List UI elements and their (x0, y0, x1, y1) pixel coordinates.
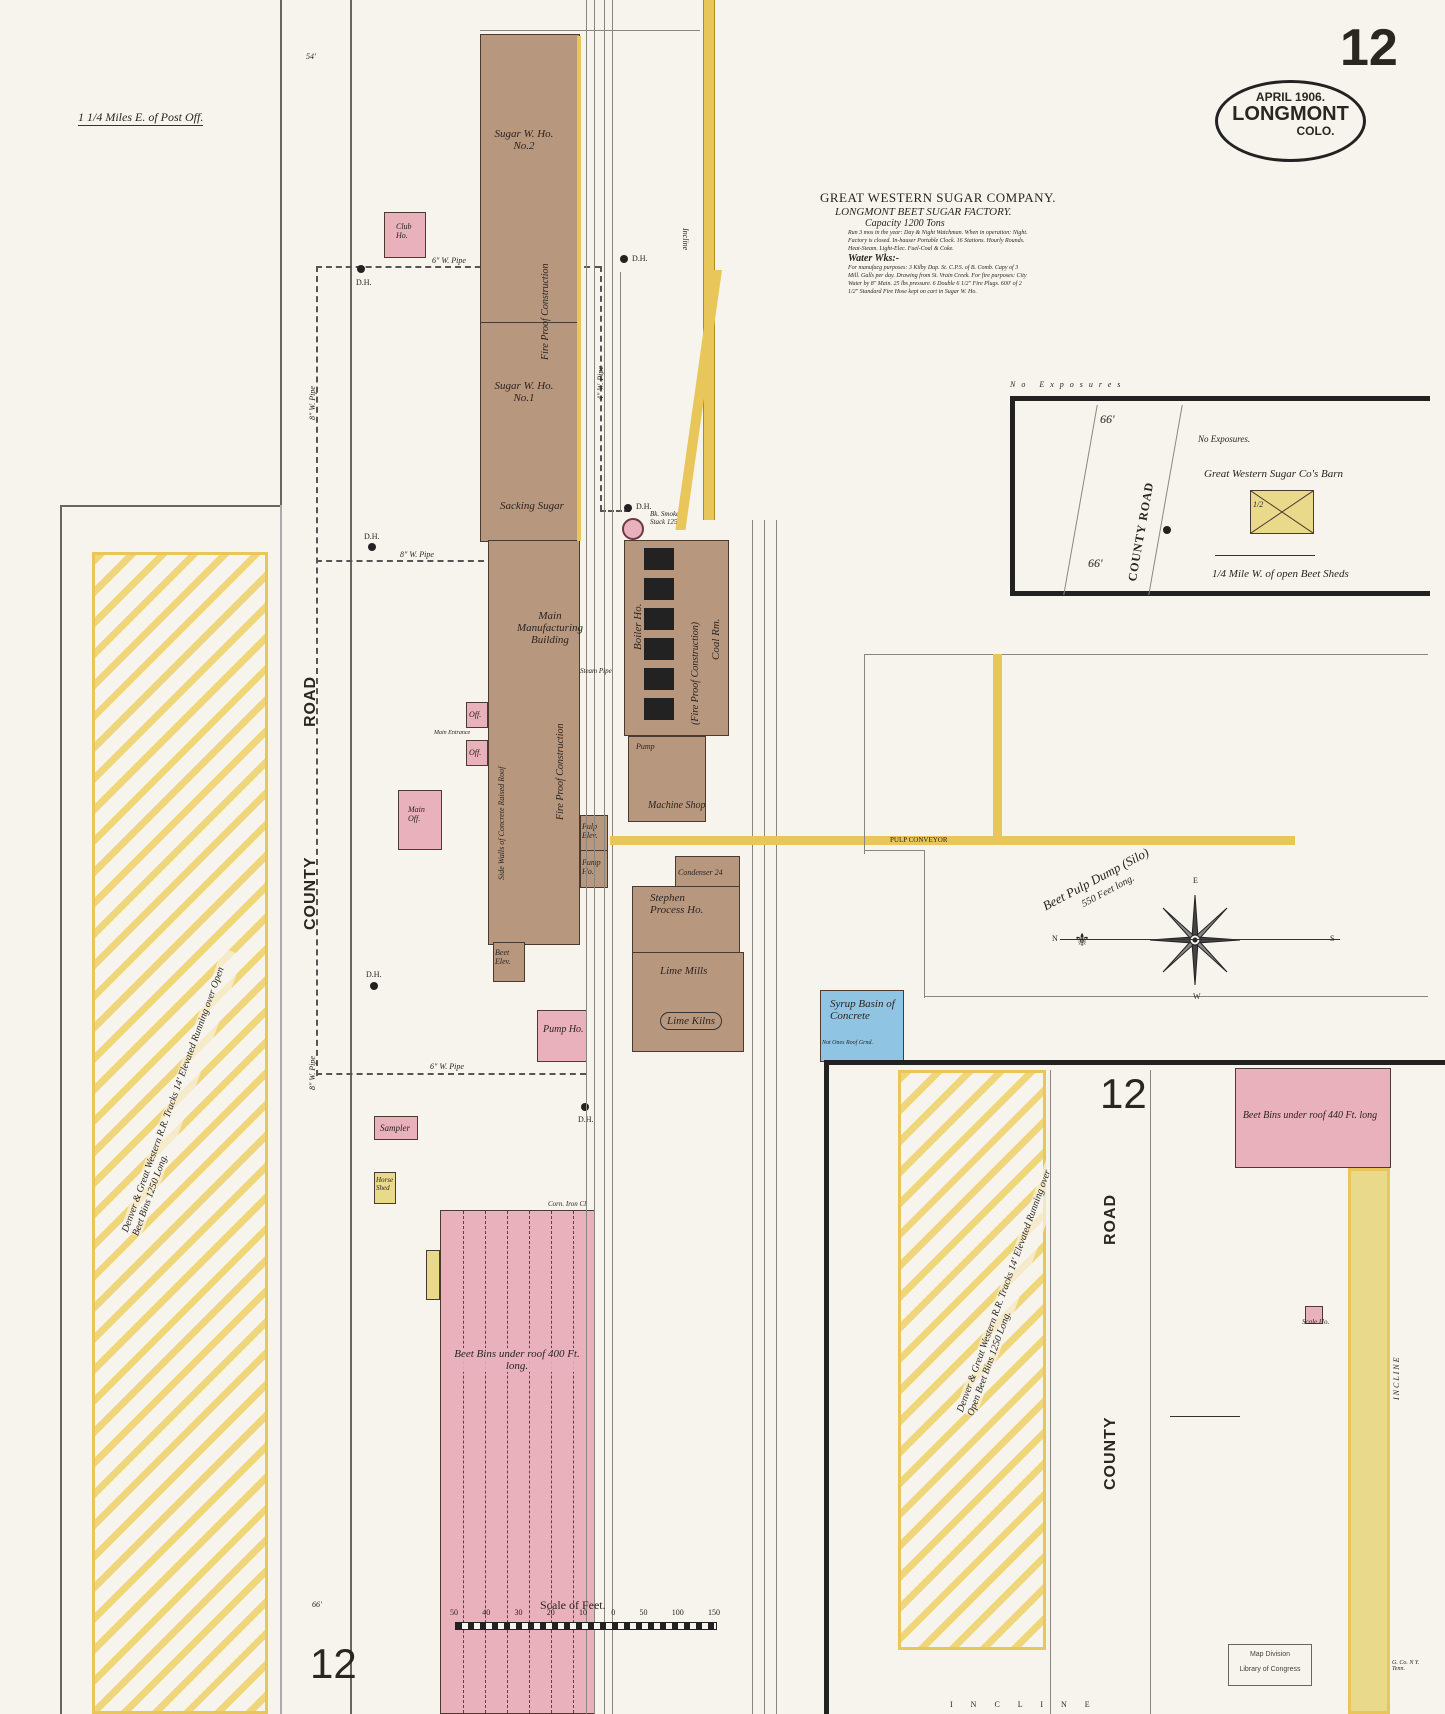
label-off-2: Off. (469, 748, 481, 757)
east-lot-bottom (924, 996, 1428, 997)
sanborn-map-sheet: 12 APRIL 1906. LONGMONT COLO. 1 1/4 Mile… (0, 0, 1445, 1714)
pipe-label-6-bottom: 6" W. Pipe (430, 1062, 464, 1071)
location-note: 1 1/4 Miles E. of Post Off. (78, 110, 203, 126)
label-corn-iron: Corn. Iron Cl. (548, 1200, 588, 1208)
water-pipe-bottom (316, 1073, 586, 1075)
top-lot-line (480, 30, 700, 31)
label-barn-no: 1/2 (1253, 500, 1263, 509)
label-beet-bins-right: Beet Bins under roof 440 Ft. long (1240, 1110, 1380, 1121)
label-lime-kilns: Lime Kilns (660, 1012, 722, 1030)
pulp-conveyor (610, 836, 1295, 845)
east-lot-step-2 (924, 850, 925, 998)
label-incline-bottom: I N C L I N E (950, 1700, 1098, 1709)
scale-bar (455, 1622, 717, 1630)
east-lot-step-1 (864, 850, 924, 851)
rail-east-3 (776, 520, 777, 1714)
scale-tick: 30 (515, 1608, 523, 1617)
legend-notes: Run 3 mos in the year: Day & Night Watch… (848, 229, 1028, 253)
label-barn: Great Western Sugar Co's Barn (1204, 468, 1343, 480)
rail-east-1 (752, 520, 753, 1714)
road-edge-lower (280, 505, 282, 1714)
pipe-label-8-mid: 8" W. Pipe (400, 550, 434, 559)
rail-east-2 (764, 520, 765, 1714)
railroad-tracks-left (92, 552, 268, 1714)
scale-tick: 50 (450, 1608, 458, 1617)
label-beet-bins-main: Beet Bins under roof 400 Ft. long. (452, 1348, 582, 1372)
stamp-line-2: Library of Congress (1229, 1666, 1311, 1673)
label-pump-ho: Pump Ho. (543, 1024, 584, 1035)
label-no-exposures-barn: No Exposures. (1198, 434, 1250, 444)
label-fire-proof-wh: Fire Proof Construction (540, 264, 551, 360)
fleur-de-lis-icon: ⚜ (1074, 930, 1090, 951)
title-city: LONGMONT (1218, 104, 1363, 124)
road-width-top: 54' (306, 52, 316, 61)
compass-rose (1150, 895, 1240, 985)
sheet-marker-middle: 12 (1100, 1070, 1147, 1118)
label-boiler-fp: (Fire Proof Construction) (690, 622, 701, 725)
sheet-marker-bottom-left: 12 (310, 1640, 357, 1688)
label-barn-road-width-2: 66' (1088, 556, 1103, 571)
compass-s: S (1330, 934, 1334, 943)
block-top-left (60, 505, 282, 507)
stamp-line-1: Map Division (1229, 1651, 1311, 1658)
label-no-exposures-top: No Exposures (1010, 380, 1126, 389)
water-pipe-mid (316, 560, 484, 562)
rail-central-3 (604, 0, 605, 1714)
east-lot-yellow-divider (993, 654, 1002, 839)
beet-bins-annex (426, 1250, 440, 1300)
hydrant-3 (370, 982, 378, 990)
scale-tick: 50 (640, 1608, 648, 1617)
hydrant-label-1: D.H. (356, 278, 372, 287)
library-stamp: Map Division Library of Congress (1228, 1644, 1312, 1686)
label-condenser: Condenser 24 (678, 868, 723, 877)
label-main-entrance: Main Entrance (434, 730, 470, 736)
scale-ticks: 50 40 30 20 10 0 50 100 150 (450, 1608, 720, 1617)
road-width-bottom: 66' (312, 1600, 322, 1609)
east-lot-top (864, 654, 1428, 655)
pipe-label-6-top: 6" W. Pipe (432, 256, 466, 265)
label-sugar-wh-2: Sugar W. Ho. No.2 (494, 128, 554, 152)
label-incline: Incline (681, 228, 690, 250)
hydrant-label-3: D.H. (366, 970, 382, 979)
title-oval: APRIL 1906. LONGMONT COLO. (1215, 80, 1366, 162)
pipe-label-8-lower: 8" W. Pipe (308, 1056, 317, 1090)
main-manufacturing-building (488, 540, 580, 945)
label-pulp-conveyor: PULP CONVEYOR (890, 836, 948, 844)
label-sugar-wh-1: Sugar W. Ho. No.1 (494, 380, 554, 404)
water-label: Water Wks:- (848, 253, 1080, 264)
label-club-ho: Club Ho. (396, 222, 418, 240)
hydrant-4 (581, 1103, 589, 1111)
label-boiler-ho: Boiler Ho. (632, 604, 644, 650)
pump-house (537, 1010, 587, 1062)
title-date: APRIL 1906. (1218, 90, 1363, 104)
label-open-beet-sheds: 1/4 Mile W. of open Beet Sheds (1212, 568, 1349, 580)
label-stephen: Stephen Process Ho. (650, 892, 710, 916)
label-sampler: Sampler (380, 1123, 410, 1133)
company-name: GREAT WESTERN SUGAR COMPANY. (820, 190, 1080, 206)
east-lot-left (864, 654, 865, 854)
right-road-edge-1 (1050, 1070, 1051, 1714)
title-state: COLO. (1268, 124, 1363, 138)
capacity: Capacity 1200 Tons (865, 218, 1080, 229)
hydrant-label-5: D.H. (632, 254, 648, 263)
incline-track-1 (703, 0, 715, 520)
barn-inset (1010, 396, 1430, 596)
label-main-side: Side Walls of Concrete Raised Roof (497, 767, 506, 880)
right-arrow (1170, 1416, 1240, 1417)
compass-w: W (1193, 992, 1201, 1001)
label-main-fire-proof: Fire Proof Construction (555, 724, 566, 820)
compass-n: N (1052, 934, 1058, 943)
rail-central-1 (586, 0, 587, 1714)
scale-tick: 150 (708, 1608, 720, 1617)
county-label-right: COUNTY (1102, 1416, 1120, 1490)
sheet-number: 12 (1340, 18, 1398, 78)
label-horse-shed: Horse Shed (376, 1176, 396, 1192)
scale-tick: 40 (482, 1608, 490, 1617)
pipe-label-8-left: 8" W. Pipe (308, 386, 317, 420)
label-main-mfg: Main Manufacturing Building (515, 610, 585, 646)
label-sacking-sugar: Sacking Sugar (500, 500, 564, 512)
road-edge-right (350, 0, 352, 1714)
rail-central-2 (594, 0, 595, 1714)
incline-track-2 (675, 270, 722, 530)
road-edge-left (280, 0, 282, 505)
scale-tick: 100 (672, 1608, 684, 1617)
label-lime-mills: Lime Mills (660, 965, 707, 977)
label-coal-rm: Coal Rm. (710, 618, 722, 660)
scale-tick: 10 (579, 1608, 587, 1617)
beet-bins-main (440, 1210, 595, 1714)
scale-tick: 0 (611, 1608, 615, 1617)
right-road-edge-2 (1150, 1070, 1151, 1714)
label-beet-elev: Beet Elev. (495, 948, 525, 966)
corner-note: G. Co. N Y. Tenn. (1392, 1660, 1422, 1672)
sugar-warehouse-2 (480, 34, 580, 324)
block-edge-left (60, 505, 62, 1714)
compass-e: E (1193, 876, 1198, 885)
left-vertical-upper (620, 272, 621, 512)
label-machine-shop: Machine Shop (648, 800, 706, 811)
boiler-grates (644, 548, 674, 728)
hydrant-1 (357, 265, 365, 273)
label-incline-right: I N C L I N E (1392, 1357, 1401, 1400)
legend-block: GREAT WESTERN SUGAR COMPANY. LONGMONT BE… (820, 190, 1080, 296)
scale-tick: 20 (547, 1608, 555, 1617)
label-off-1: Off. (469, 710, 481, 719)
barn-hydrant (1163, 526, 1171, 534)
compass-arrow-line (1060, 939, 1340, 940)
label-steam-pipe: Steam Pipe (580, 667, 612, 675)
hydrant-6 (624, 504, 632, 512)
warehouse-yellow-strip (577, 36, 581, 541)
label-scale-ho: Scale Ho. (1302, 1318, 1329, 1326)
rail-central-4 (612, 0, 613, 1714)
factory-name: LONGMONT BEET SUGAR FACTORY. (835, 206, 1080, 218)
label-syrup-basin: Syrup Basin of Concrete (830, 998, 900, 1022)
label-syrup-sub: Not Ones Roof Grnd. (822, 1040, 873, 1046)
label-main-off: Main Off. (408, 805, 434, 823)
hydrant-5 (620, 255, 628, 263)
barn-arrow (1215, 555, 1315, 556)
hydrant-2 (368, 543, 376, 551)
barn-building (1250, 490, 1314, 534)
label-barn-road-width-1: 66' (1100, 412, 1115, 427)
hydrant-label-2: D.H. (364, 532, 380, 541)
water-notes: For manufacg purposes: 3 Kilby Dup. St. … (848, 264, 1028, 296)
label-pump: Pump (636, 742, 655, 751)
incline-right (1348, 1168, 1390, 1714)
road-label-right: ROAD (1102, 1194, 1120, 1245)
smoke-stack (622, 518, 644, 540)
